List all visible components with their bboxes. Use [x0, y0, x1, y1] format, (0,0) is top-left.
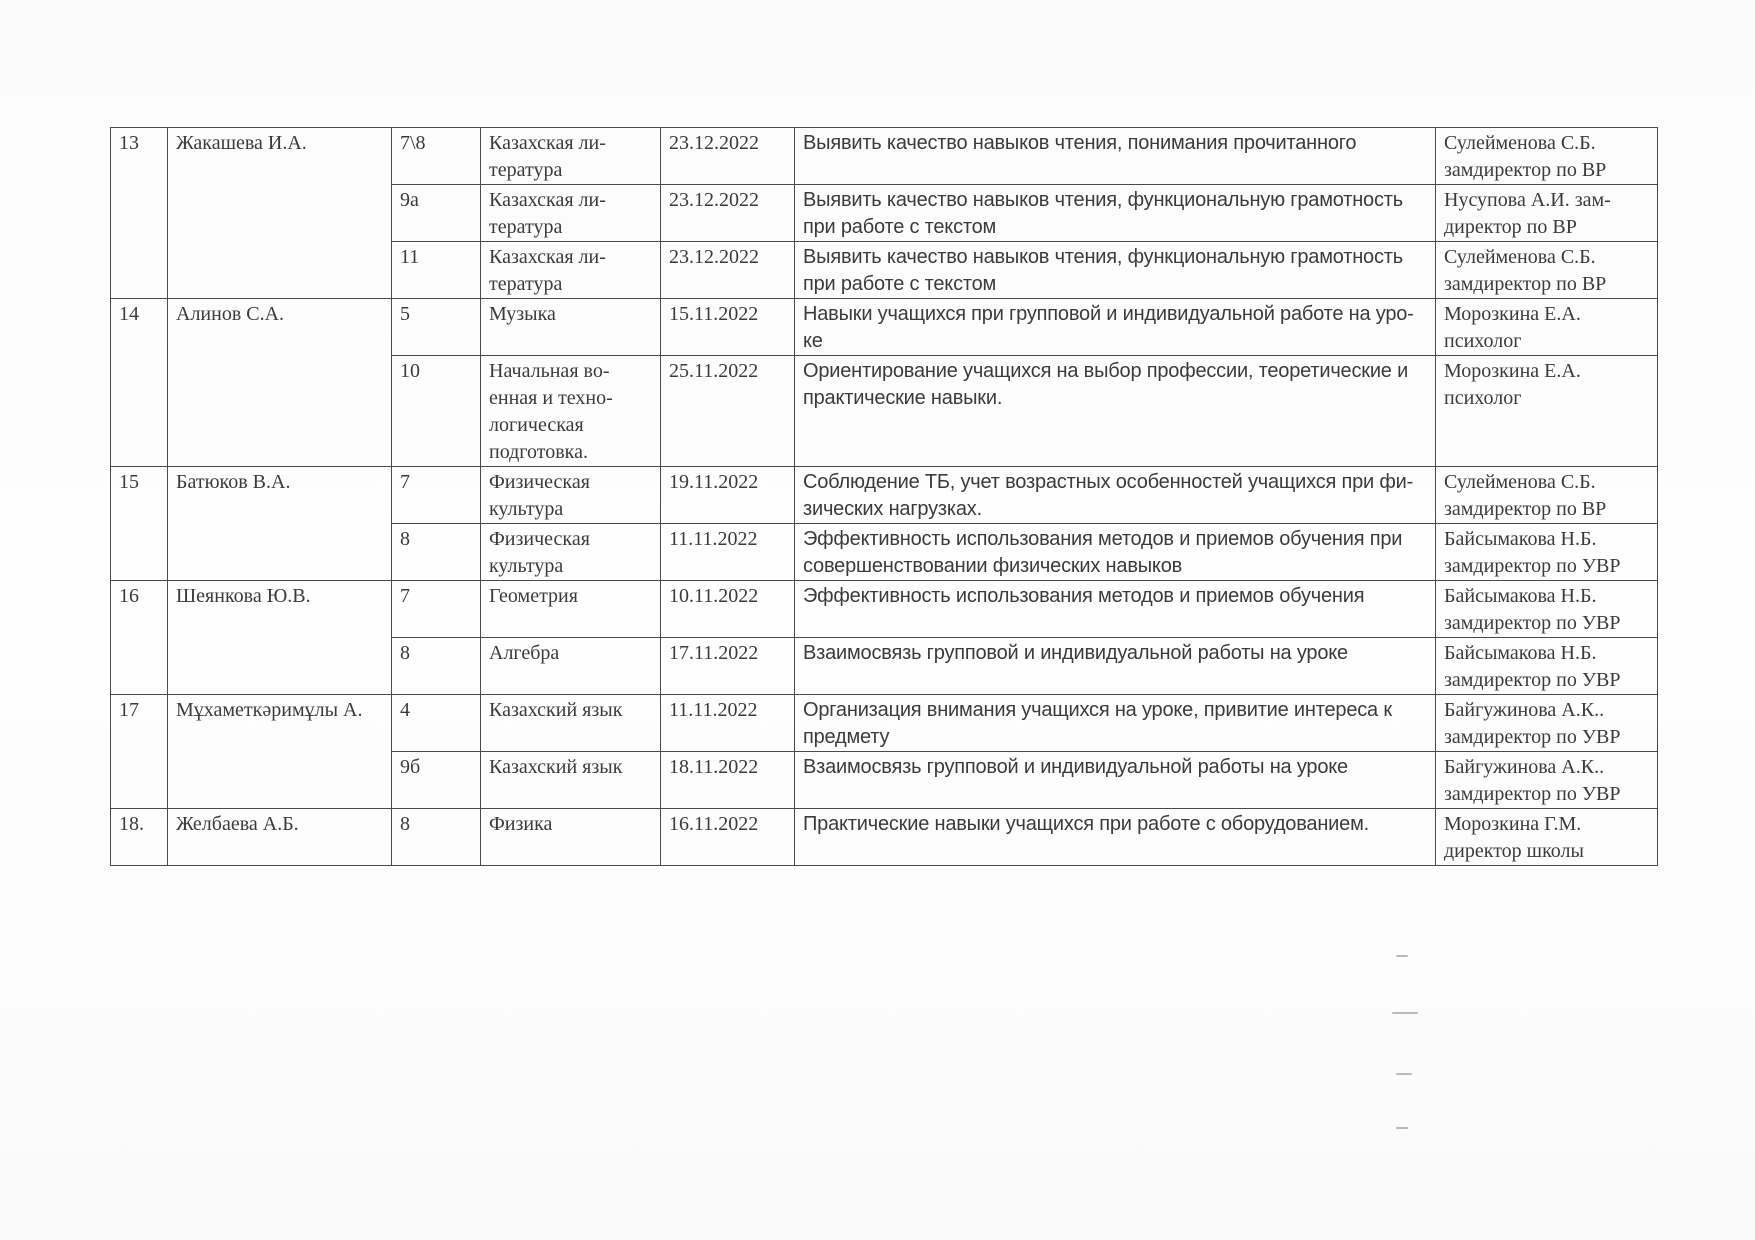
teacher-name: Мұхаметкәримұлы А.: [168, 695, 392, 809]
subject-cell: Казахский язык: [481, 695, 661, 752]
goal-cell: Навыки учащихся при групповой и индивиду…: [795, 299, 1436, 356]
date-cell: 11.11.2022: [661, 524, 795, 581]
goal-cell: Выявить качество навыков чтения, функцио…: [795, 185, 1436, 242]
teacher-name: Шеянкова Ю.В.: [168, 581, 392, 695]
class-cell: 9а: [392, 185, 481, 242]
subject-cell: Алгебра: [481, 638, 661, 695]
table-row: 16 Шеянкова Ю.В. 7 Геометрия 10.11.2022 …: [111, 581, 1658, 638]
row-number: 18.: [111, 809, 168, 866]
inspector-cell: Байсымакова Н.Б. замдиректор по УВР: [1436, 581, 1658, 638]
subject-cell: Музыка: [481, 299, 661, 356]
table-row: 18. Желбаева А.Б. 8 Физика 16.11.2022 Пр…: [111, 809, 1658, 866]
inspector-cell: Сулейменова С.Б. замдиректор по ВР: [1436, 242, 1658, 299]
teacher-name: Жакашева И.А.: [168, 128, 392, 299]
lesson-observation-table: 13 Жакашева И.А. 7\8 Казахская ли-терату…: [110, 127, 1658, 866]
class-cell: 5: [392, 299, 481, 356]
subject-cell: Казахская ли-тература: [481, 128, 661, 185]
inspector-cell: Байсымакова Н.Б. замдиректор по УВР: [1436, 524, 1658, 581]
subject-cell: Физика: [481, 809, 661, 866]
scan-artifact: [1396, 1073, 1412, 1075]
class-cell: 4: [392, 695, 481, 752]
class-cell: 8: [392, 524, 481, 581]
subject-cell: Геометрия: [481, 581, 661, 638]
class-cell: 7: [392, 467, 481, 524]
teacher-name: Алинов С.А.: [168, 299, 392, 467]
goal-cell: Взаимосвязь групповой и индивидуальной р…: [795, 752, 1436, 809]
table-row: 17 Мұхаметкәримұлы А. 4 Казахский язык 1…: [111, 695, 1658, 752]
date-cell: 11.11.2022: [661, 695, 795, 752]
inspector-cell: Морозкина Е.А. психолог: [1436, 356, 1658, 467]
class-cell: 9б: [392, 752, 481, 809]
date-cell: 15.11.2022: [661, 299, 795, 356]
goal-cell: Организация внимания учащихся на уроке, …: [795, 695, 1436, 752]
subject-cell: Казахская ли-тература: [481, 185, 661, 242]
goal-cell: Соблюдение ТБ, учет возрастных особеннос…: [795, 467, 1436, 524]
table-row: 13 Жакашева И.А. 7\8 Казахская ли-терату…: [111, 128, 1658, 185]
inspector-cell: Байгужинова А.К.. замдиректор по УВР: [1436, 752, 1658, 809]
row-number: 14: [111, 299, 168, 467]
goal-cell: Эффективность использования методов и пр…: [795, 581, 1436, 638]
goal-cell: Взаимосвязь групповой и индивидуальной р…: [795, 638, 1436, 695]
inspector-cell: Морозкина Е.А. психолог: [1436, 299, 1658, 356]
teacher-name: Батюков В.А.: [168, 467, 392, 581]
inspector-cell: Байсымакова Н.Б. замдиректор по УВР: [1436, 638, 1658, 695]
table-row: 14 Алинов С.А. 5 Музыка 15.11.2022 Навык…: [111, 299, 1658, 356]
scan-artifact: [1392, 1012, 1418, 1014]
inspector-cell: Сулейменова С.Б. замдиректор по ВР: [1436, 128, 1658, 185]
class-cell: 8: [392, 638, 481, 695]
subject-cell: Казахская ли-тература: [481, 242, 661, 299]
date-cell: 25.11.2022: [661, 356, 795, 467]
goal-cell: Выявить качество навыков чтения, пониман…: [795, 128, 1436, 185]
date-cell: 19.11.2022: [661, 467, 795, 524]
table-row: 15 Батюков В.А. 7 Физическая культура 19…: [111, 467, 1658, 524]
date-cell: 16.11.2022: [661, 809, 795, 866]
inspector-cell: Нусупова А.И. зам-директор по ВР: [1436, 185, 1658, 242]
date-cell: 17.11.2022: [661, 638, 795, 695]
date-cell: 23.12.2022: [661, 242, 795, 299]
row-number: 16: [111, 581, 168, 695]
scan-artifact: [1396, 1127, 1408, 1129]
class-cell: 8: [392, 809, 481, 866]
inspector-cell: Сулейменова С.Б. замдиректор по ВР: [1436, 467, 1658, 524]
class-cell: 7: [392, 581, 481, 638]
date-cell: 23.12.2022: [661, 128, 795, 185]
subject-cell: Физическая культура: [481, 467, 661, 524]
class-cell: 10: [392, 356, 481, 467]
date-cell: 23.12.2022: [661, 185, 795, 242]
goal-cell: Практические навыки учащихся при работе …: [795, 809, 1436, 866]
class-cell: 7\8: [392, 128, 481, 185]
goal-cell: Эффективность использования методов и пр…: [795, 524, 1436, 581]
scan-artifact: [1396, 955, 1408, 957]
goal-cell: Выявить качество навыков чтения, функцио…: [795, 242, 1436, 299]
goal-cell: Ориентирование учащихся на выбор професс…: [795, 356, 1436, 467]
date-cell: 18.11.2022: [661, 752, 795, 809]
row-number: 13: [111, 128, 168, 299]
subject-cell: Физическая культура: [481, 524, 661, 581]
date-cell: 10.11.2022: [661, 581, 795, 638]
inspector-cell: Байгужинова А.К.. замдиректор по УВР: [1436, 695, 1658, 752]
inspector-cell: Морозкина Г.М. директор школы: [1436, 809, 1658, 866]
teacher-name: Желбаева А.Б.: [168, 809, 392, 866]
row-number: 15: [111, 467, 168, 581]
class-cell: 11: [392, 242, 481, 299]
subject-cell: Начальная во-енная и техно-логическая по…: [481, 356, 661, 467]
subject-cell: Казахский язык: [481, 752, 661, 809]
row-number: 17: [111, 695, 168, 809]
